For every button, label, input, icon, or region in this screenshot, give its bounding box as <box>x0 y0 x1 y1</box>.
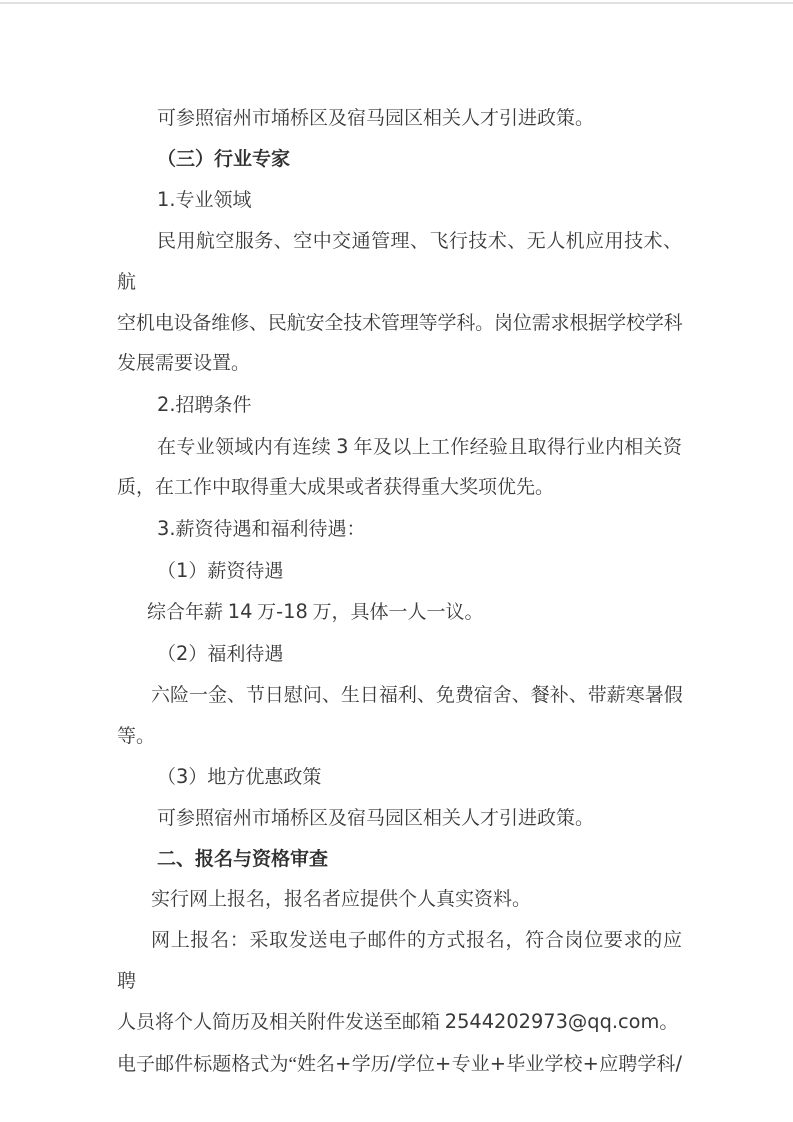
text-line-apply-method-1: 网上报名：采取发送电子邮件的方式报名，符合岗位要求的应聘 <box>117 921 682 1002</box>
text-line-conditions-2: 质，在工作中取得重大成果或者获得重大奖项优先。 <box>117 468 682 509</box>
text-line-salary-amount: 综合年薪 14 万-18 万，具体一人一议。 <box>117 592 682 634</box>
latin-text: + <box>435 1052 451 1075</box>
text-line-policy-reference-2: 可参照宿州市埇桥区及宿马园区相关人才引进政策。 <box>117 799 682 840</box>
text-line-field-list-2: 空机电设备维修、民航安全技术管理等学科。岗位需求根据学校学科 <box>117 304 682 345</box>
document-body: 可参照宿州市埇桥区及宿马园区相关人才引进政策。 （三）行业专家 1.专业领域 民… <box>117 99 682 1086</box>
latin-text: 2544202973@qq.com <box>445 1010 660 1033</box>
latin-text: 3. <box>157 517 175 540</box>
latin-text: 2. <box>157 393 175 416</box>
latin-text: 1 <box>176 559 188 582</box>
text-line-policy-reference: 可参照宿州市埇桥区及宿马园区相关人才引进政策。 <box>117 99 682 140</box>
text-line-field-list-1: 民用航空服务、空中交通管理、飞行技术、无人机应用技术、航 <box>117 222 682 303</box>
text-line-apply-email: 人员将个人简历及相关附件发送至邮箱 2544202973@qq.com。 <box>117 1002 682 1044</box>
text-line-welfare-etc: 等。 <box>117 717 682 758</box>
item-salary-benefits: 3.薪资待遇和福利待遇： <box>117 509 682 551</box>
text-line-conditions-1: 在专业领域内有连续 3 年及以上工作经验且取得行业内相关资 <box>117 427 682 469</box>
item-professional-field: 1.专业领域 <box>117 180 682 222</box>
latin-text: -18 <box>276 600 308 623</box>
text-line-email-title-format: 电子邮件标题格式为“姓名+学历/学位+专业+毕业学校+应聘学科/ <box>117 1044 682 1086</box>
subitem-local-policy: （3）地方优惠政策 <box>117 757 682 799</box>
latin-text: 1. <box>157 188 175 211</box>
subitem-salary: （1）薪资待遇 <box>117 551 682 593</box>
page-top-divider <box>0 2 793 4</box>
latin-text: / <box>390 1052 397 1075</box>
text-line-online-registration: 实行网上报名，报名者应提供个人真实资料。 <box>117 880 682 921</box>
text-line-welfare-list: 六险一金、节日慰问、生日福利、免费宿舍、餐补、带薪寒暑假 <box>117 676 682 717</box>
latin-text: + <box>583 1052 599 1075</box>
heading-registration-review: 二、报名与资格审查 <box>117 840 682 881</box>
item-recruit-conditions: 2.招聘条件 <box>117 385 682 427</box>
latin-text: 2 <box>176 642 188 665</box>
latin-text: 14 <box>228 600 253 623</box>
subitem-welfare: （2）福利待遇 <box>117 634 682 676</box>
document-page: 可参照宿州市埇桥区及宿马园区相关人才引进政策。 （三）行业专家 1.专业领域 民… <box>0 0 793 1122</box>
latin-text: + <box>335 1052 351 1075</box>
latin-text: 3 <box>336 435 348 458</box>
latin-text: 3 <box>176 765 188 788</box>
latin-text: + <box>490 1052 506 1075</box>
heading-industry-expert: （三）行业专家 <box>117 140 682 181</box>
latin-text: / <box>675 1052 682 1075</box>
text-line-field-list-3: 发展需要设置。 <box>117 344 682 385</box>
